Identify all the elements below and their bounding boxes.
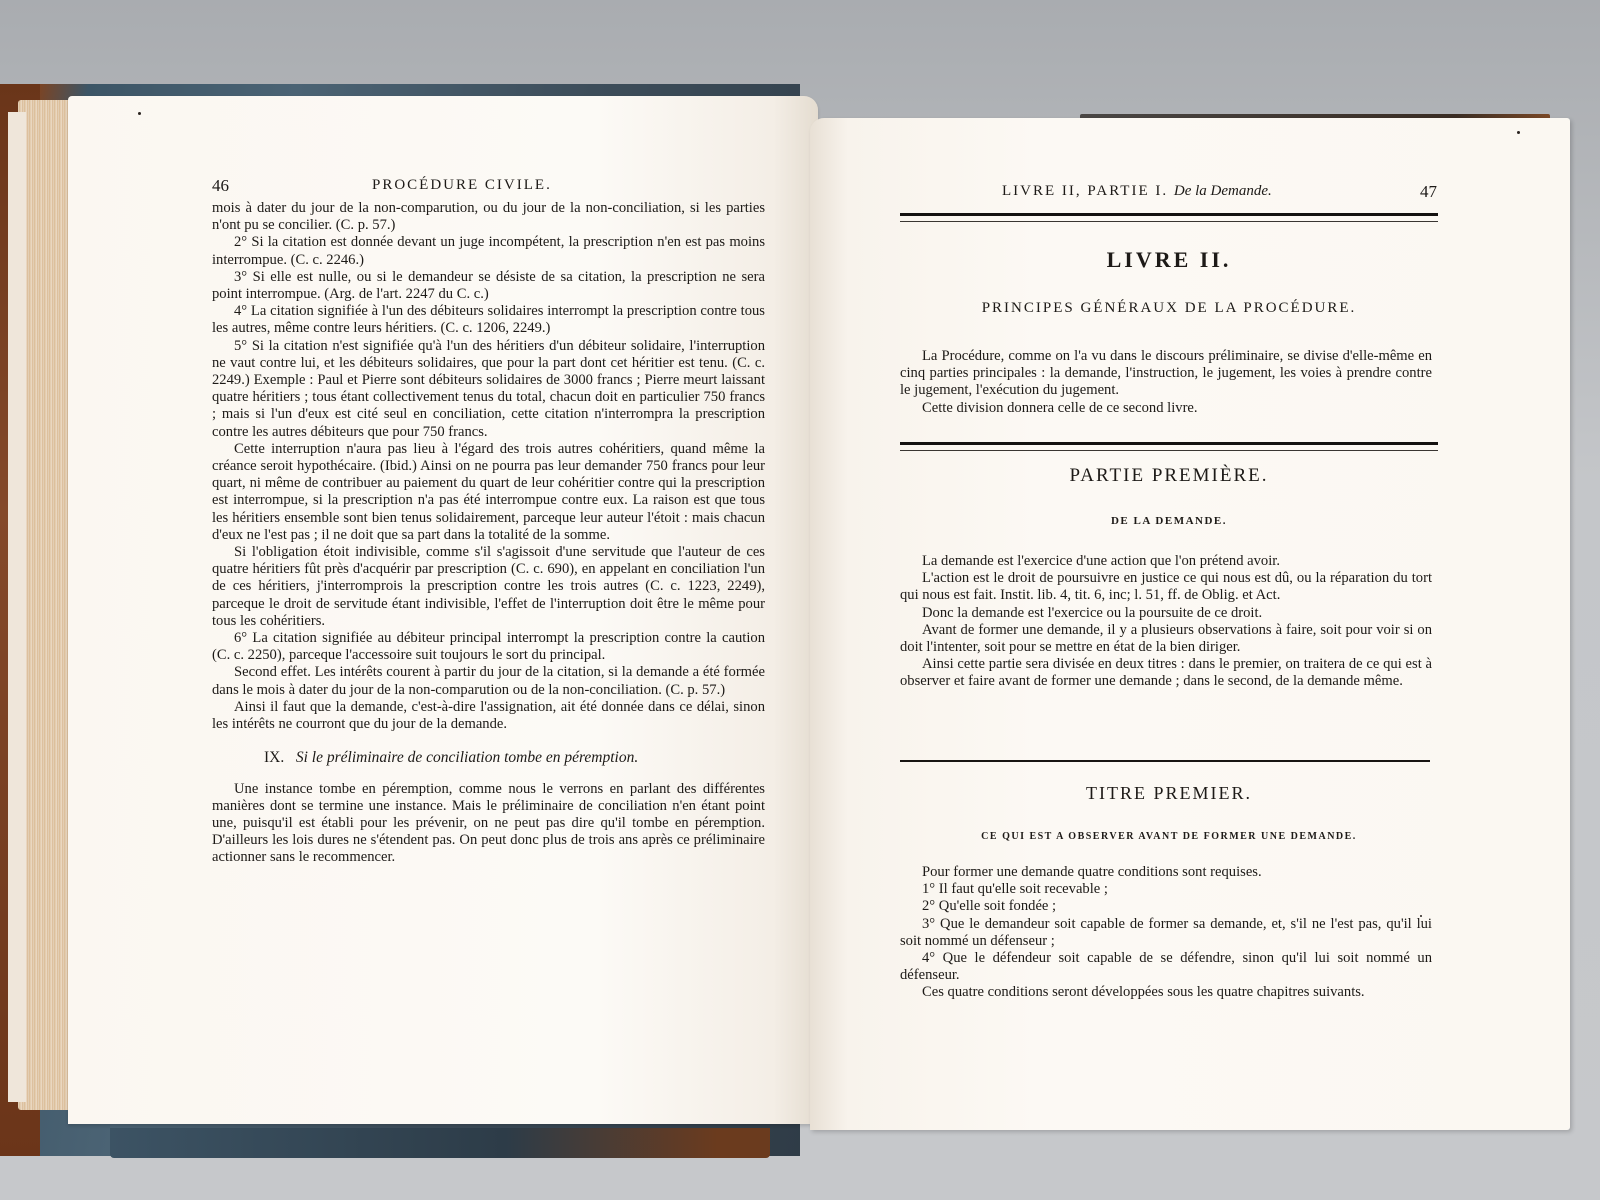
endpaper-edge <box>8 112 26 1102</box>
paragraph: mois à dater du jour de la non-comparuti… <box>212 200 765 234</box>
ink-speck <box>138 112 141 115</box>
header-double-rule <box>900 213 1438 222</box>
title-subtitle: CE QUI EST A OBSERVER AVANT DE FORMER UN… <box>900 828 1438 845</box>
ink-speck <box>1517 131 1520 134</box>
title-rule <box>900 760 1430 762</box>
condition-item: 2° Qu'elle soit fondée ; <box>900 898 1432 915</box>
book-subtitle: PRINCIPES GÉNÉRAUX DE LA PROCÉDURE. <box>900 300 1438 317</box>
section-heading-ix: IX. Si le préliminaire de conciliation t… <box>242 749 765 766</box>
book-cover-bottom-edge <box>110 1128 770 1158</box>
title-heading: TITRE PREMIER. <box>900 785 1438 802</box>
part-body: La demande est l'exercice d'une action q… <box>900 553 1432 691</box>
running-head-roman: LIVRE II, PARTIE I. <box>1002 183 1168 199</box>
intro-body: La Procédure, comme on l'a vu dans le di… <box>900 348 1432 417</box>
conditions-body: Pour former une demande quatre condition… <box>900 864 1432 1002</box>
condition-item: 4° Que le défendeur soit capable de se d… <box>900 950 1432 984</box>
paragraph: Ainsi cette partie sera divisée en deux … <box>900 656 1432 690</box>
paragraph: 2° Si la citation est donnée devant un j… <box>212 234 765 268</box>
part-title: PARTIE PREMIÈRE. <box>900 467 1438 484</box>
paragraph: Second effet. Les intérêts courent à par… <box>212 664 765 698</box>
left-page-number: 46 <box>212 176 229 196</box>
part-subtitle: DE LA DEMANDE. <box>900 513 1438 530</box>
paragraph: Cette interruption n'aura pas lieu à l'é… <box>212 441 765 544</box>
paragraph: 3° Si elle est nulle, ou si le demandeur… <box>212 269 765 303</box>
book-title: LIVRE II. <box>900 251 1438 268</box>
section-number: IX. <box>264 749 284 766</box>
condition-item: 1° Il faut qu'elle soit recevable ; <box>900 881 1432 898</box>
conditions-outro: Ces quatre conditions seront développées… <box>900 984 1432 1001</box>
right-page-number: 47 <box>1420 182 1437 202</box>
paragraph: 5° Si la citation n'est signifiée qu'à l… <box>212 338 765 441</box>
paragraph: Avant de former une demande, il y a plus… <box>900 622 1432 656</box>
left-page-body: mois à dater du jour de la non-comparuti… <box>212 200 765 867</box>
condition-item: 3° Que le demandeur soit capable de form… <box>900 916 1432 950</box>
paragraph: Si l'obligation étoit indivisible, comme… <box>212 544 765 630</box>
conditions-intro: Pour former une demande quatre condition… <box>900 864 1432 881</box>
paragraph: Cette division donnera celle de ce secon… <box>900 400 1432 417</box>
paragraph: 6° La citation signifiée au débiteur pri… <box>212 630 765 664</box>
paragraph: La demande est l'exercice d'une action q… <box>900 553 1432 570</box>
running-head-italic: De la Demande. <box>1174 183 1272 199</box>
right-running-head: LIVRE II, PARTIE I. De la Demande. <box>1002 183 1272 200</box>
paragraph: Ainsi il faut que la demande, c'est-à-di… <box>212 699 765 733</box>
paragraph: Une instance tombe en péremption, comme … <box>212 781 765 867</box>
section-double-rule <box>900 442 1438 451</box>
paragraph: La Procédure, comme on l'a vu dans le di… <box>900 348 1432 400</box>
left-running-head: PROCÉDURE CIVILE. <box>372 177 552 194</box>
paragraph: Donc la demande est l'exercice ou la pou… <box>900 605 1432 622</box>
section-title: Si le préliminaire de conciliation tombe… <box>296 749 638 766</box>
paragraph: L'action est le droit de poursuivre en j… <box>900 570 1432 604</box>
paragraph: 4° La citation signifiée à l'un des débi… <box>212 303 765 337</box>
